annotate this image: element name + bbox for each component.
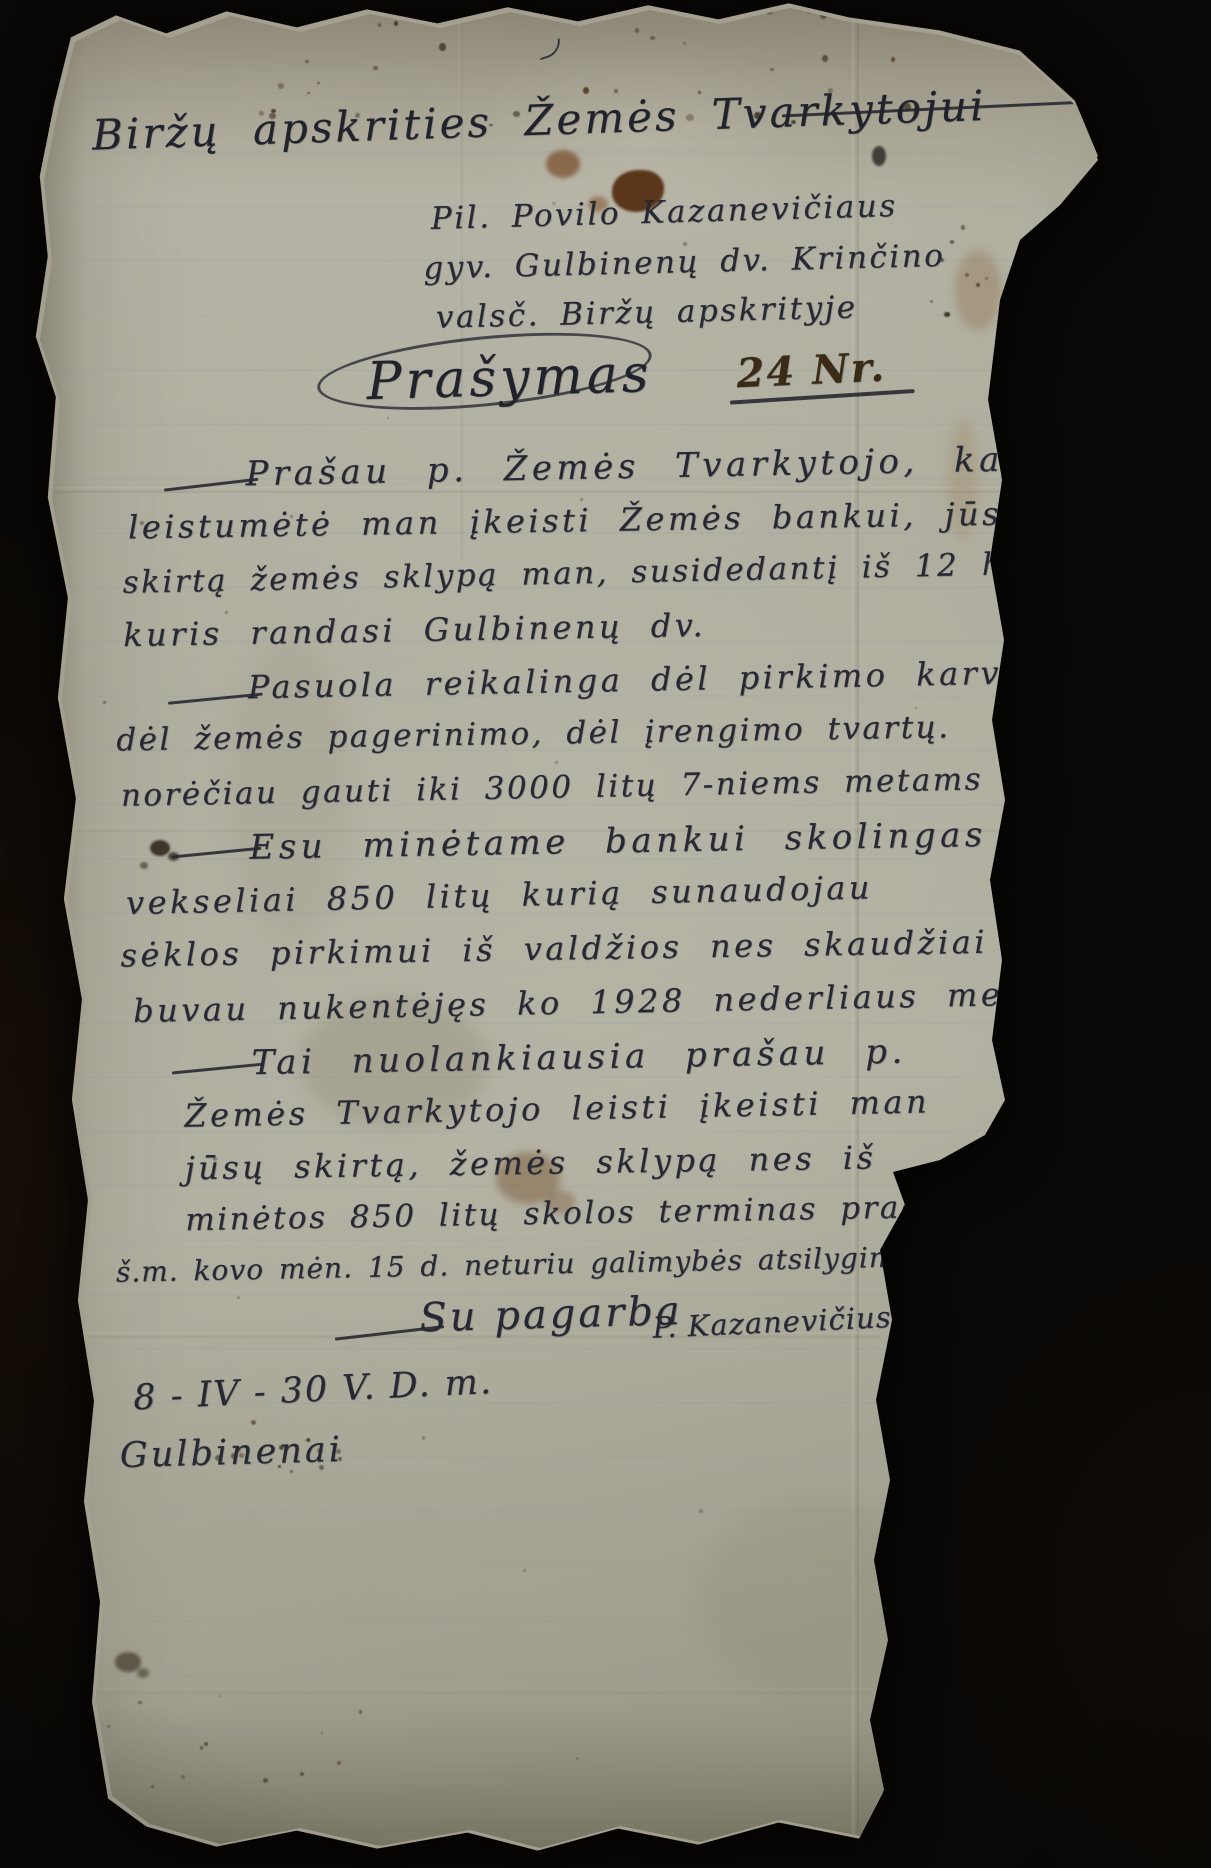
paper-stain <box>937 12 941 16</box>
paper-stain <box>896 1589 899 1592</box>
body-line: minėtos 850 litų skolos terminas praėjo <box>185 1189 955 1238</box>
place-line: Gulbinenai <box>119 1430 343 1476</box>
document-paper: Biržų apskrities Žemės Tvarkytojui Pil. … <box>0 0 1211 1868</box>
letter-content: Biržų apskrities Žemės Tvarkytojui Pil. … <box>0 0 1211 1868</box>
document-number: 24 Nr. <box>735 344 886 398</box>
addressee-line: Pil. Povilo Kazanevičiaus <box>430 188 898 237</box>
body-line: skirtą žemės sklypą man, susidedantį iš … <box>122 546 1038 601</box>
body-line: dėl žemės pagerinimo, dėl įrengimo tvart… <box>116 709 951 758</box>
body-line: norėčiau gauti iki 3000 litų 7-niems met… <box>121 761 984 814</box>
paper-wrap: Biržų apskrities Žemės Tvarkytojui Pil. … <box>0 0 1211 1868</box>
page-title: Prašymas <box>366 344 653 412</box>
ink-flourish <box>164 478 259 491</box>
closing-line: Su pagarba <box>419 1288 684 1341</box>
paper-stain <box>911 21 915 25</box>
body-line: š.m. kovo mėn. 15 d. neturiu galimybės a… <box>116 1240 921 1288</box>
body-line: vekseliai 850 litų kurią sunaudojau <box>126 868 874 922</box>
photo-background: Biržų apskrities Žemės Tvarkytojui Pil. … <box>0 0 1211 1868</box>
body-line: Pasuola reikalinga dėl pirkimo karvių <box>247 653 1040 706</box>
ink-flourish <box>172 1063 262 1074</box>
addressee-line: gyv. Gulbinenų dv. Krinčino <box>423 238 946 287</box>
body-line: buvau nukentėjęs ko 1928 nederliaus metų <box>133 975 1044 1030</box>
date-line: 8 - IV - 30 V. D. m. <box>132 1362 493 1418</box>
body-line: jūsų skirtą, žemės sklypą nes iš <box>184 1138 876 1187</box>
body-line: Tai nuolankiausia prašau p. <box>251 1032 907 1083</box>
header-line: Biržų apskrities Žemės Tvarkytojui <box>91 81 987 160</box>
body-line: Esu minėtame bankui skolingas pa- <box>249 813 1089 868</box>
paper-stain <box>843 6 846 9</box>
signature: P. Kazanevičius <box>652 1300 892 1345</box>
ink-flourish <box>172 847 262 858</box>
body-line: sėklos pirkimui iš valdžios nes skaudžia… <box>120 923 988 975</box>
body-line: leistumėtė man įkeisti Žemės bankui, jūs… <box>128 494 1027 546</box>
addressee-line: valsč. Biržų apskrityje <box>435 289 858 335</box>
body-line: Prašau p. Žemės Tvarkytojo, kad <box>245 439 1030 494</box>
body-line: kuris randasi Gulbinenų dv. <box>123 606 707 654</box>
ink-flourish <box>539 38 562 60</box>
body-line: Žemės Tvarkytojo leisti įkeisti man <box>184 1082 930 1134</box>
